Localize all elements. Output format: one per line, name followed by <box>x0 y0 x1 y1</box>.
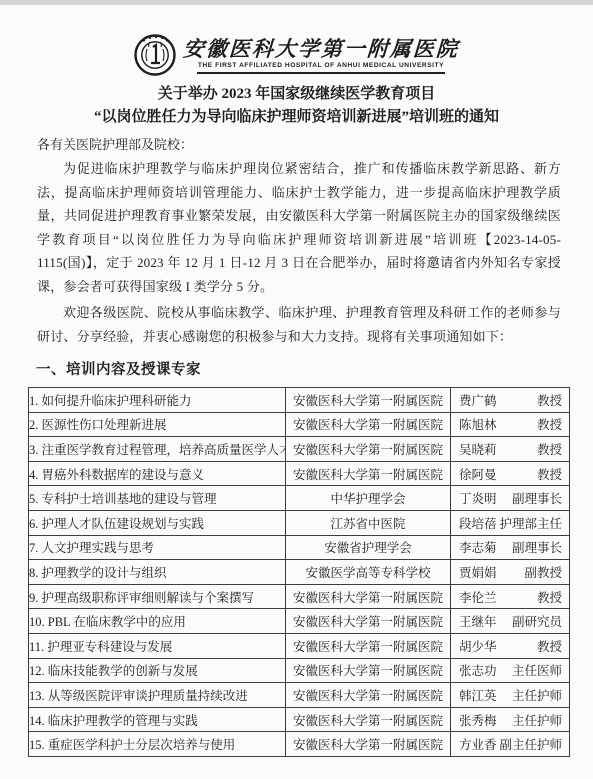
table-row: 8. 护理教学的设计与组织 安徽医学高等专科学校 贾娟娟 副教授 <box>29 560 570 585</box>
expert-name: 费广鹤 <box>459 391 497 409</box>
table-row: 13. 从等级医院评审谈护理质量持续改进 安徽医科大学第一附属医院 韩江英 主任… <box>29 683 570 708</box>
course-organization: 江苏省中医院 <box>286 510 451 535</box>
course-expert-cell: 韩江英 主任护师 <box>451 683 570 708</box>
course-expert-cell: 李伦兰 教授 <box>451 584 570 609</box>
course-organization: 安徽医科大学第一附属医院 <box>286 658 451 683</box>
course-expert-cell: 徐阿曼 教授 <box>451 461 570 486</box>
scanned-notice-document: 安徽医科大学第一附属医院 THE FIRST AFFILIATED HOSPIT… <box>0 0 593 779</box>
table-row: 5. 专科护士培训基地的建设与管理 中华护理学会 丁炎明 副理事长 <box>29 486 570 511</box>
table-row: 6. 护理人才队伍建设规划与实践 江苏省中医院 段培蓓 护理部主任 <box>29 510 570 535</box>
table-row: 10. PBL 在临床教学中的应用 安徽医科大学第一附属医院 王继年 副研究员 <box>29 609 570 634</box>
expert-title: 教授 <box>537 588 562 606</box>
expert-name: 丁炎明 <box>459 489 497 507</box>
expert-name: 方业香 <box>459 735 497 753</box>
expert-title: 护理部主任 <box>499 514 562 532</box>
notice-title-line2: “以岗位胜任力为导向临床护理师资培训新进展”培训班的通知 <box>0 108 593 127</box>
course-organization: 安徽医科大学第一附属医院 <box>286 388 451 413</box>
hospital-name-en: THE FIRST AFFILIATED HOSPITAL OF ANHUI M… <box>197 61 445 74</box>
expert-title: 副主任护师 <box>499 735 562 753</box>
course-organization: 安徽医科大学第一附属医院 <box>286 683 451 708</box>
table-row: 7. 人文护理实践与思考 安徽省护理学会 李志菊 副理事长 <box>29 535 570 560</box>
paragraph-invitation: 欢迎各级医院、院校从事临床教学、临床护理、护理教育管理及科研工作的老师参与研讨、… <box>37 301 561 348</box>
course-organization: 安徽医科大学第一附属医院 <box>286 633 451 658</box>
course-expert-cell: 方业香 副主任护师 <box>451 732 570 757</box>
expert-name: 陈旭林 <box>459 415 497 433</box>
course-topic: 4. 胃癌外科数据库的建设与意义 <box>29 461 286 486</box>
course-topic: 10. PBL 在临床教学中的应用 <box>29 609 286 634</box>
expert-title: 教授 <box>537 465 562 483</box>
salutation: 各有关医院护理部及院校： <box>37 136 593 154</box>
expert-title: 教授 <box>537 637 562 655</box>
expert-name: 张秀梅 <box>459 711 497 729</box>
training-schedule-table: 1. 如何提升临床护理科研能力 安徽医科大学第一附属医院 费广鹤 教授 2. 医… <box>28 387 570 757</box>
document-header: 安徽医科大学第一附属医院 THE FIRST AFFILIATED HOSPIT… <box>0 0 593 76</box>
course-organization: 安徽医科大学第一附属医院 <box>286 609 451 634</box>
course-organization: 安徽医科大学第一附属医院 <box>286 461 451 486</box>
expert-name: 李伦兰 <box>459 588 497 606</box>
expert-name: 张志功 <box>459 661 497 679</box>
course-expert-cell: 吴晓莉 教授 <box>451 437 570 462</box>
course-topic: 2. 医源性伤口处理新进展 <box>29 412 286 437</box>
expert-name: 胡少华 <box>459 637 497 655</box>
course-organization: 中华护理学会 <box>286 486 451 511</box>
course-topic: 6. 护理人才队伍建设规划与实践 <box>29 510 286 535</box>
table-row: 9. 护理高级职称评审细则解读与个案撰写 安徽医科大学第一附属医院 李伦兰 教授 <box>29 584 570 609</box>
expert-name: 吴晓莉 <box>459 440 497 458</box>
course-topic: 8. 护理教学的设计与组织 <box>29 560 286 585</box>
course-topic: 5. 专科护士培训基地的建设与管理 <box>29 486 286 511</box>
section-heading-training-content: 一、培训内容及授课专家 <box>36 358 593 379</box>
expert-title: 副研究员 <box>512 612 562 630</box>
expert-name: 李志菊 <box>459 538 497 556</box>
course-topic: 14. 临床护理教学的管理与实践 <box>29 707 286 732</box>
expert-name: 段培蓓 <box>459 514 497 532</box>
course-organization: 安徽医科大学第一附属医院 <box>286 437 451 462</box>
course-expert-cell: 张志功 主任医师 <box>451 658 570 683</box>
table-row: 1. 如何提升临床护理科研能力 安徽医科大学第一附属医院 费广鹤 教授 <box>29 388 570 413</box>
course-expert-cell: 陈旭林 教授 <box>451 412 570 437</box>
table-row: 11. 护理亚专科建设与发展 安徽医科大学第一附属医院 胡少华 教授 <box>29 633 570 658</box>
expert-title: 教授 <box>537 391 562 409</box>
expert-name: 贾娟娟 <box>459 563 497 581</box>
expert-name: 韩江英 <box>459 686 497 704</box>
expert-title: 教授 <box>537 440 562 458</box>
course-organization: 安徽医科大学第一附属医院 <box>286 412 451 437</box>
expert-name: 徐阿曼 <box>459 465 497 483</box>
paragraph-intro: 为促进临床护理教学与临床护理岗位紧密结合，推广和传播临床教学新思路、新方法，提高… <box>37 157 561 298</box>
course-expert-cell: 李志菊 副理事长 <box>451 535 570 560</box>
course-expert-cell: 费广鹤 教授 <box>451 388 570 413</box>
table-row: 15. 重症医学科护士分层次培养与使用 安徽医科大学第一附属医院 方业香 副主任… <box>29 732 570 757</box>
expert-title: 主任医师 <box>512 661 562 679</box>
table-row: 4. 胃癌外科数据库的建设与意义 安徽医科大学第一附属医院 徐阿曼 教授 <box>29 461 570 486</box>
course-expert-cell: 贾娟娟 副教授 <box>451 560 570 585</box>
expert-title: 副理事长 <box>512 538 562 556</box>
course-expert-cell: 段培蓓 护理部主任 <box>451 510 570 535</box>
course-topic: 12. 临床技能教学的创新与发展 <box>29 658 286 683</box>
expert-title: 教授 <box>537 415 562 433</box>
course-topic: 1. 如何提升临床护理科研能力 <box>29 388 286 413</box>
scan-edge-artifact <box>0 0 593 5</box>
course-topic: 9. 护理高级职称评审细则解读与个案撰写 <box>29 584 286 609</box>
table-row: 12. 临床技能教学的创新与发展 安徽医科大学第一附属医院 张志功 主任医师 <box>29 658 570 683</box>
course-topic: 11. 护理亚专科建设与发展 <box>29 633 286 658</box>
course-expert-cell: 丁炎明 副理事长 <box>451 486 570 511</box>
course-expert-cell: 张秀梅 主任护师 <box>451 707 570 732</box>
expert-title: 副理事长 <box>512 489 562 507</box>
hospital-seal-icon <box>134 34 176 76</box>
course-organization: 安徽医科大学第一附属医院 <box>286 707 451 732</box>
hospital-name-block: 安徽医科大学第一附属医院 THE FIRST AFFILIATED HOSPIT… <box>183 37 459 74</box>
course-organization: 安徽医科大学第一附属医院 <box>286 584 451 609</box>
expert-title: 主任护师 <box>512 711 562 729</box>
course-organization: 安徽省护理学会 <box>286 535 451 560</box>
course-organization: 安徽医科大学第一附属医院 <box>286 732 451 757</box>
course-topic: 3. 注重医学教育过程管理，培养高质量医学人才 <box>29 437 286 462</box>
course-topic: 13. 从等级医院评审谈护理质量持续改进 <box>29 683 286 708</box>
course-topic: 7. 人文护理实践与思考 <box>29 535 286 560</box>
course-organization: 安徽医学高等专科学校 <box>286 560 451 585</box>
course-expert-cell: 王继年 副研究员 <box>451 609 570 634</box>
table-row: 14. 临床护理教学的管理与实践 安徽医科大学第一附属医院 张秀梅 主任护师 <box>29 707 570 732</box>
notice-title-line1: 关于举办 2023 年国家级继续医学教育项目 <box>0 85 593 104</box>
expert-title: 副教授 <box>524 563 562 581</box>
expert-title: 主任护师 <box>512 686 562 704</box>
table-row: 3. 注重医学教育过程管理，培养高质量医学人才 安徽医科大学第一附属医院 吴晓莉… <box>29 437 570 462</box>
expert-name: 王继年 <box>459 612 497 630</box>
course-expert-cell: 胡少华 教授 <box>451 633 570 658</box>
course-topic: 15. 重症医学科护士分层次培养与使用 <box>29 732 286 757</box>
hospital-name-zh: 安徽医科大学第一附属医院 <box>182 37 459 61</box>
table-row: 2. 医源性伤口处理新进展 安徽医科大学第一附属医院 陈旭林 教授 <box>29 412 570 437</box>
